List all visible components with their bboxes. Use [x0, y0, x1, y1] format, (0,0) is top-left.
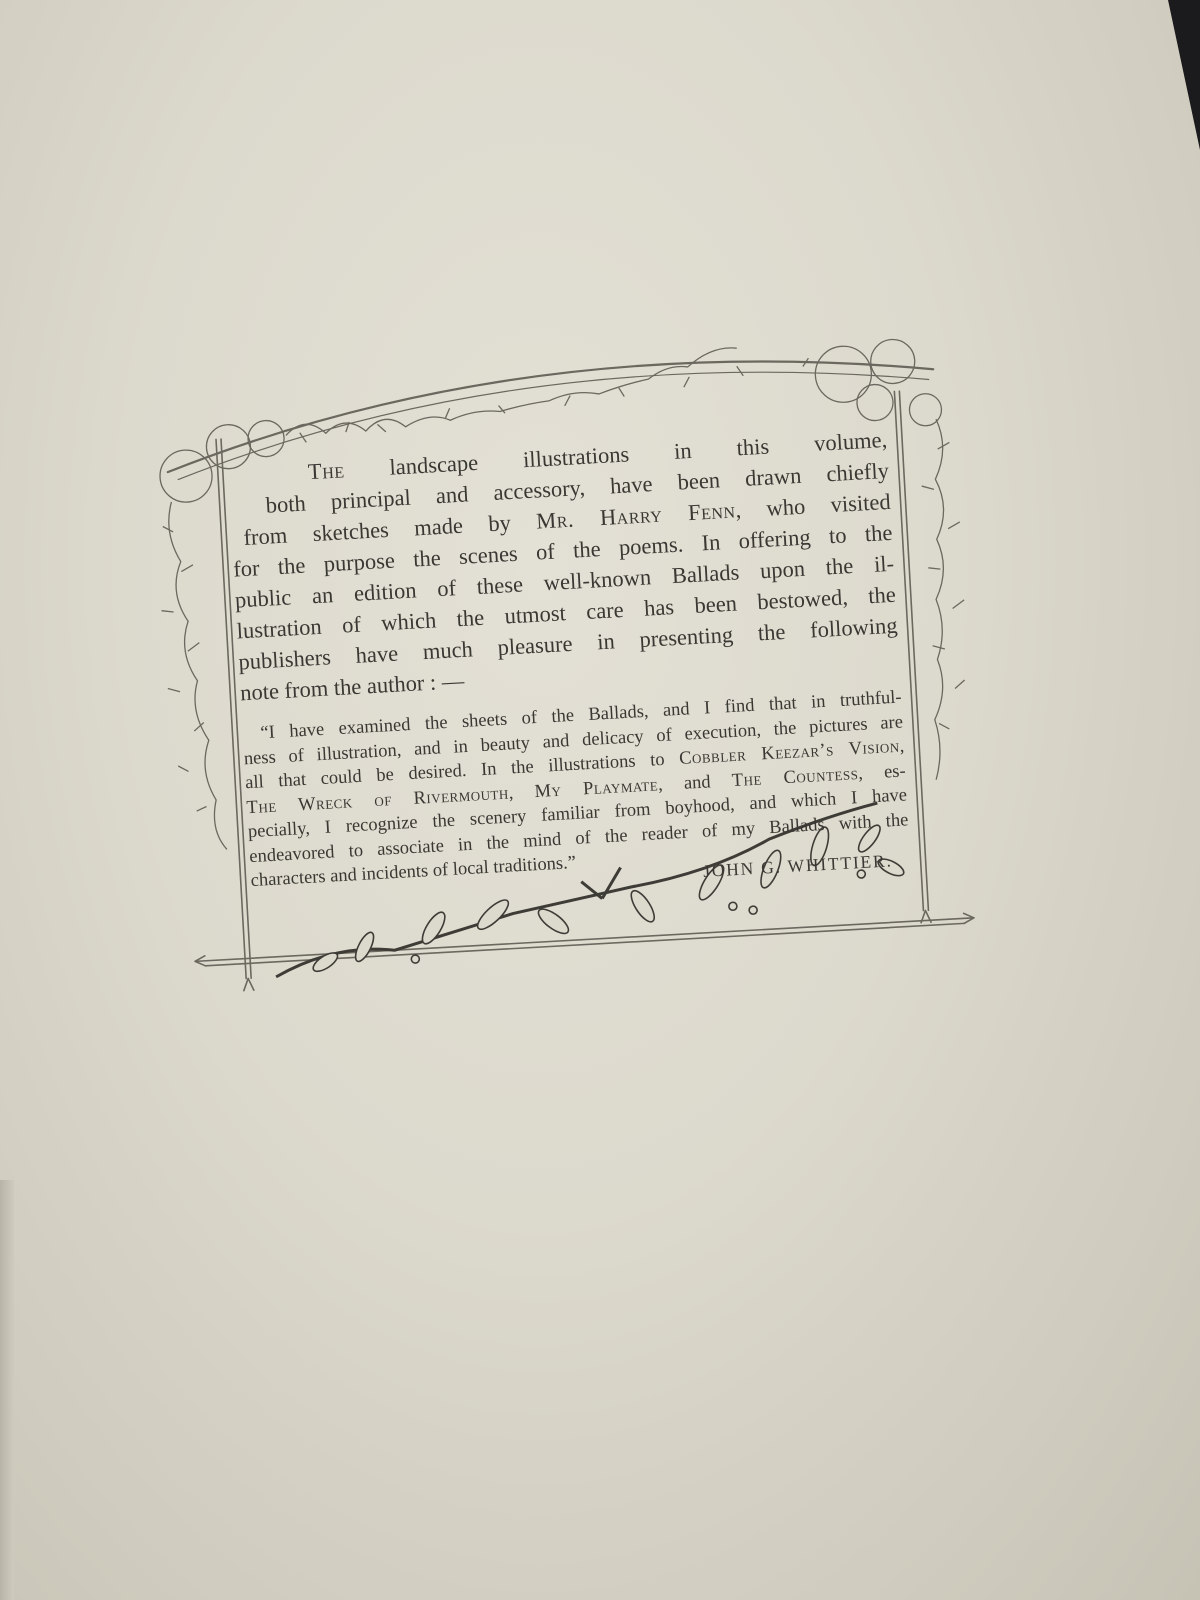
book-page: The landscape illustrations in this volu…	[0, 0, 1200, 1600]
publisher-note: The landscape illustrations in this volu…	[227, 424, 911, 912]
page-edge	[0, 1180, 14, 1600]
intro-paragraph: The landscape illustrations in this volu…	[227, 424, 900, 708]
illustration-notice-plate: The landscape illustrations in this volu…	[142, 328, 998, 1033]
